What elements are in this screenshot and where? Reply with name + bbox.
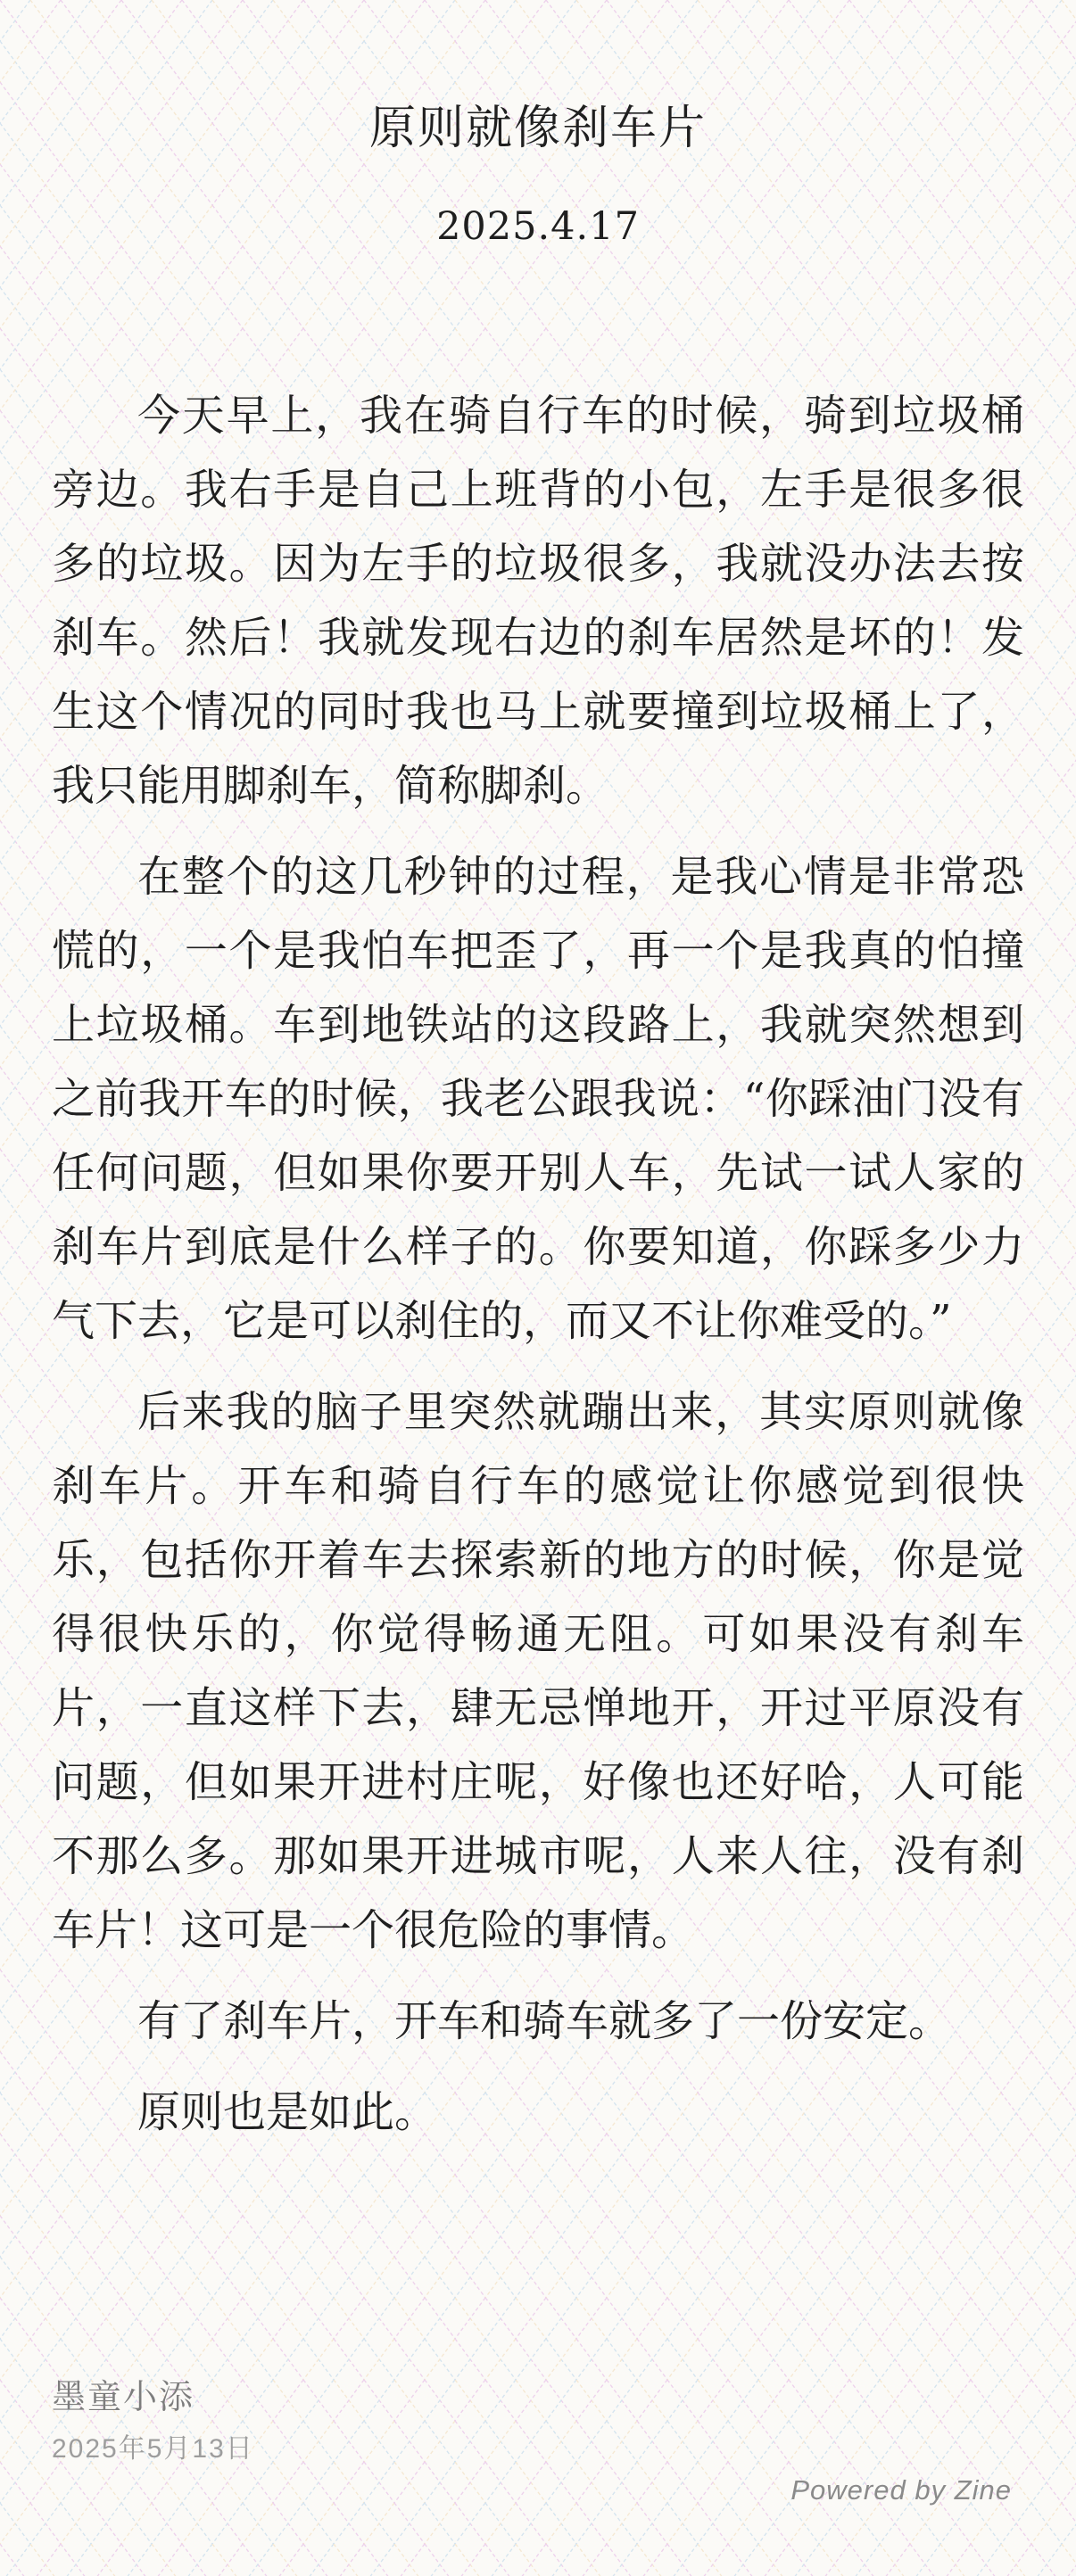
paragraph-3: 后来我的脑子里突然就蹦出来，其实原则就像刹车片。开车和骑自行车的感觉让你感觉到很… <box>52 1375 1024 1968</box>
paragraph-4: 有了刹车片，开车和骑车就多了一份安定。 <box>52 1985 1024 2059</box>
paragraph-1: 今天早上，我在骑自行车的时候，骑到垃圾桶旁边。我右手是自己上班背的小包，左手是很… <box>52 379 1024 823</box>
paragraph-2: 在整个的这几秒钟的过程，是我心情是非常恐慌的，一个是我怕车把歪了，再一个是我真的… <box>52 840 1024 1358</box>
author-name: 墨童小添 <box>52 2369 195 2418</box>
article-body: 今天早上，我在骑自行车的时候，骑到垃圾桶旁边。我右手是自己上班背的小包，左手是很… <box>0 379 1076 2150</box>
zine-watermark: Powered by Zine <box>790 2474 1012 2506</box>
article-content: 原则就像刹车片 2025.4.17 今天早上，我在骑自行车的时候，骑到垃圾桶旁边… <box>0 100 1076 2150</box>
publish-date: 2025年5月13日 <box>52 2426 254 2465</box>
article-page: 原则就像刹车片 2025.4.17 今天早上，我在骑自行车的时候，骑到垃圾桶旁边… <box>0 0 1076 2576</box>
article-title: 原则就像刹车片 <box>54 100 1022 158</box>
article-footer: 墨童小添 2025年5月13日 Powered by Zine <box>0 2353 1076 2576</box>
article-date: 2025.4.17 <box>54 202 1022 252</box>
paragraph-5: 原则也是如此。 <box>52 2076 1024 2150</box>
